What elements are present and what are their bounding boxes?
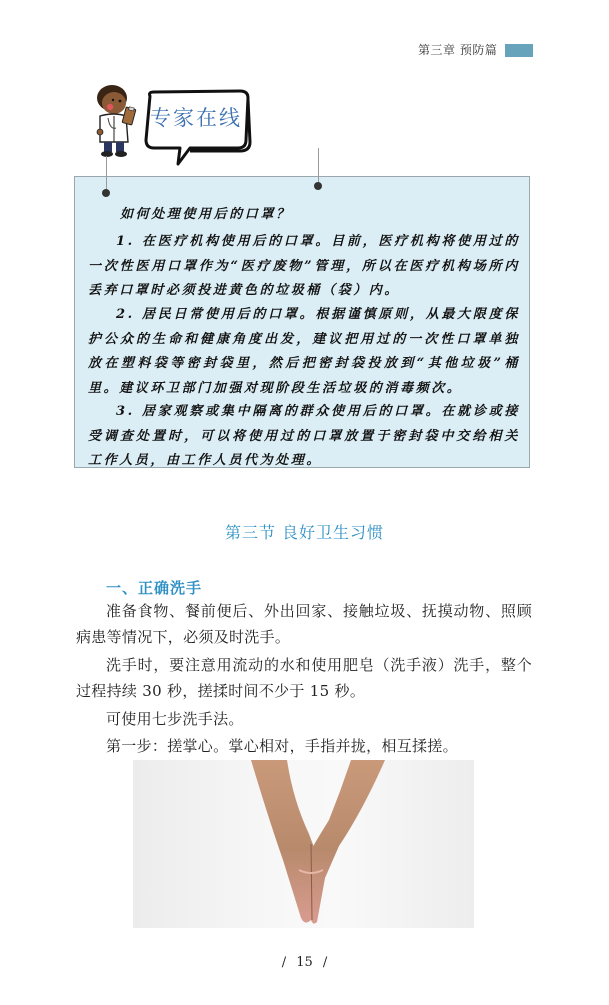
connector-dot-right bbox=[314, 182, 322, 190]
body-paragraph-1: 准备食物、餐前便后、外出回家、接触垃圾、抚摸动物、照顾病患等情况下，必须及时洗手… bbox=[76, 598, 532, 650]
expert-answer-2: 2. 居民日常使用后的口罩。根据谨慎原则，从最大限度保护公众的生命和健康角度出发… bbox=[88, 303, 520, 401]
hand-washing-step1-photo bbox=[133, 760, 474, 928]
subsection-heading: 一、正确洗手 bbox=[106, 577, 202, 598]
chapter-header: 第三章 预防篇 bbox=[418, 41, 497, 58]
chapter-accent-bar bbox=[505, 44, 533, 57]
section-title: 第三节 良好卫生习惯 bbox=[0, 520, 609, 543]
connector-dot-left bbox=[102, 189, 110, 197]
expert-answer-1: 1. 在医疗机构使用后的口罩。目前，医疗机构将使用过的一次性医用口罩作为“医疗废… bbox=[88, 230, 520, 304]
expert-answer-3: 3. 居家观察或集中隔离的群众使用后的口罩。在就诊或接受调查处置时，可以将使用过… bbox=[88, 400, 520, 474]
expert-question: 如何处理使用后的口罩？ bbox=[120, 203, 552, 228]
body-paragraph-4: 第一步：搓掌心。掌心相对，手指并拢，相互揉搓。 bbox=[76, 733, 532, 759]
connector-line-left bbox=[106, 156, 107, 192]
expert-online-badge: 专家在线 bbox=[150, 102, 242, 132]
connector-line-right bbox=[318, 148, 319, 186]
body-paragraph-3: 可使用七步洗手法。 bbox=[76, 706, 532, 732]
page-number: / 15 / bbox=[0, 955, 609, 970]
body-paragraph-2: 洗手时，要注意用流动的水和使用肥皂（洗手液）洗手，整个过程持续 30 秒，搓揉时… bbox=[76, 652, 532, 704]
doctor-illustration-icon bbox=[88, 82, 148, 160]
